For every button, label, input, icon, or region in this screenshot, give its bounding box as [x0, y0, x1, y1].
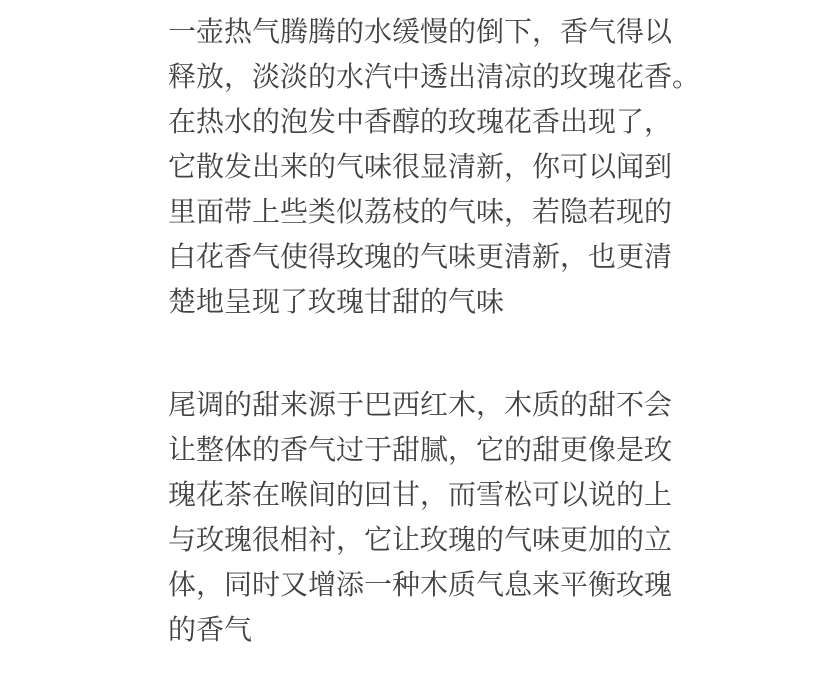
- text-line: 它散发出来的气味很显清新，你可以闻到: [168, 145, 708, 190]
- text-line: 尾调的甜来源于巴西红木，木质的甜不会: [168, 383, 708, 428]
- paragraph-base-notes: 尾调的甜来源于巴西红木，木质的甜不会 让整体的香气过于甜腻，它的甜更像是玫 瑰花…: [168, 383, 708, 653]
- text-line: 的香气: [168, 608, 708, 653]
- text-line: 瑰花茶在喉间的回甘，而雪松可以说的上: [168, 473, 708, 518]
- text-line: 白花香气使得玫瑰的气味更清新，也更清: [168, 235, 708, 280]
- text-line: 在热水的泡发中香醇的玫瑰花香出现了，: [168, 100, 708, 145]
- article-text: 一壶热气腾腾的水缓慢的倒下，香气得以 释放，淡淡的水汽中透出清凉的玫瑰花香。 在…: [168, 10, 708, 653]
- text-line: 一壶热气腾腾的水缓慢的倒下，香气得以: [168, 10, 708, 55]
- text-line: 楚地呈现了玫瑰甘甜的气味: [168, 280, 708, 325]
- text-line: 与玫瑰很相衬，它让玫瑰的气味更加的立: [168, 518, 708, 563]
- text-line: 里面带上些类似荔枝的气味，若隐若现的: [168, 190, 708, 235]
- text-line: 体，同时又增添一种木质气息来平衡玫瑰: [168, 563, 708, 608]
- paragraph-brew-description: 一壶热气腾腾的水缓慢的倒下，香气得以 释放，淡淡的水汽中透出清凉的玫瑰花香。 在…: [168, 10, 708, 325]
- text-line: 释放，淡淡的水汽中透出清凉的玫瑰花香。: [168, 55, 708, 100]
- text-line: 让整体的香气过于甜腻，它的甜更像是玫: [168, 428, 708, 473]
